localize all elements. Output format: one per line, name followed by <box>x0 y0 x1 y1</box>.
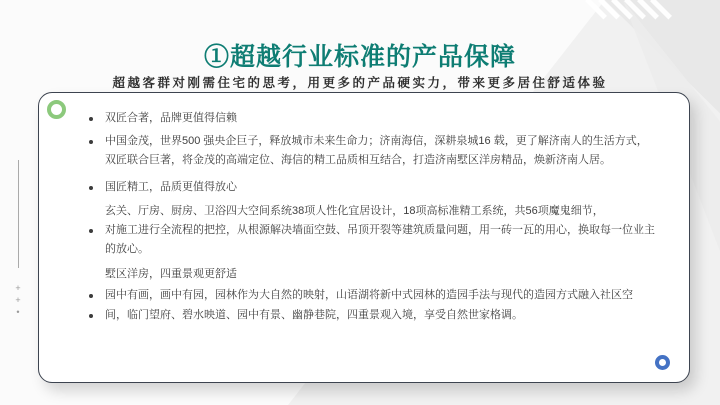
card-list-item: 墅区洋房，四重景观更舒适 <box>89 265 655 284</box>
margin-mark: + <box>11 294 25 306</box>
card-list-item: 对施工进行全流程的把控，从根源解决墙面空鼓、吊顶开裂等建筑质量问题，用一砖一瓦的… <box>89 221 655 259</box>
card-item-text: 中国金茂，世界500 强央企巨子，释放城市未来生命力；济南海信，深耕泉城16 载… <box>105 132 655 170</box>
slide-title: ①超越行业标准的产品保障 <box>0 37 720 73</box>
bullet-dot-icon <box>89 178 105 190</box>
bullet-dot-icon <box>89 221 105 233</box>
card-list-item: 间，临门望府、碧水映道、园中有景、幽静巷院，四重景观入境，享受自然世家格调。 <box>89 306 655 325</box>
card-list-item: 玄关、厅房、厨房、卫浴四大空间系统38项人性化宜居设计，18项高标准精工系统，共… <box>89 202 655 221</box>
bullet-dot-icon <box>89 306 105 318</box>
card-item-text: 墅区洋房，四重景观更舒适 <box>105 265 655 284</box>
card-item-text: 园中有画，画中有园，园林作为大自然的映射，山语湖将新中式园林的造园手法与现代的造… <box>105 286 655 305</box>
card-list-item: 双匠合著，品牌更值得信赖 <box>89 109 655 128</box>
presentation-slide: ①超越行业标准的产品保障 超越客群对刚需住宅的思考，用更多的产品硬实力，带来更多… <box>0 0 720 405</box>
card-list-item: 园中有画，画中有园，园林作为大自然的映射，山语湖将新中式园林的造园手法与现代的造… <box>89 286 655 305</box>
card-list-item: 中国金茂，世界500 强央企巨子，释放城市未来生命力；济南海信，深耕泉城16 载… <box>89 132 655 170</box>
card-item-text: 国匠精工，品质更值得放心 <box>105 178 655 197</box>
green-ring-ornament-icon <box>47 100 66 119</box>
margin-mark: • <box>11 306 25 318</box>
content-card: 双匠合著，品牌更值得信赖中国金茂，世界500 强央企巨子，释放城市未来生命力；济… <box>38 92 690 383</box>
margin-mark: + <box>11 282 25 294</box>
bullet-dot-icon <box>89 132 105 144</box>
left-margin-marks: + + • <box>11 282 25 318</box>
card-item-text: 间，临门望府、碧水映道、园中有景、幽静巷院，四重景观入境，享受自然世家格调。 <box>105 306 655 325</box>
card-bullet-list: 双匠合著，品牌更值得信赖中国金茂，世界500 强央企巨子，释放城市未来生命力；济… <box>89 109 655 325</box>
card-item-text: 玄关、厅房、厨房、卫浴四大空间系统38项人性化宜居设计，18项高标准精工系统，共… <box>105 202 655 221</box>
slide-subtitle: 超越客群对刚需住宅的思考，用更多的产品硬实力，带来更多居住舒适体验 <box>0 73 720 91</box>
card-list-item: 国匠精工，品质更值得放心 <box>89 178 655 197</box>
card-item-text: 对施工进行全流程的把控，从根源解决墙面空鼓、吊顶开裂等建筑质量问题，用一砖一瓦的… <box>105 221 655 259</box>
left-margin-line <box>18 160 19 268</box>
bullet-dot-icon <box>89 286 105 298</box>
blue-ring-ornament-icon <box>655 355 670 370</box>
bullet-dot-icon <box>89 109 105 121</box>
card-item-text: 双匠合著，品牌更值得信赖 <box>105 109 655 128</box>
